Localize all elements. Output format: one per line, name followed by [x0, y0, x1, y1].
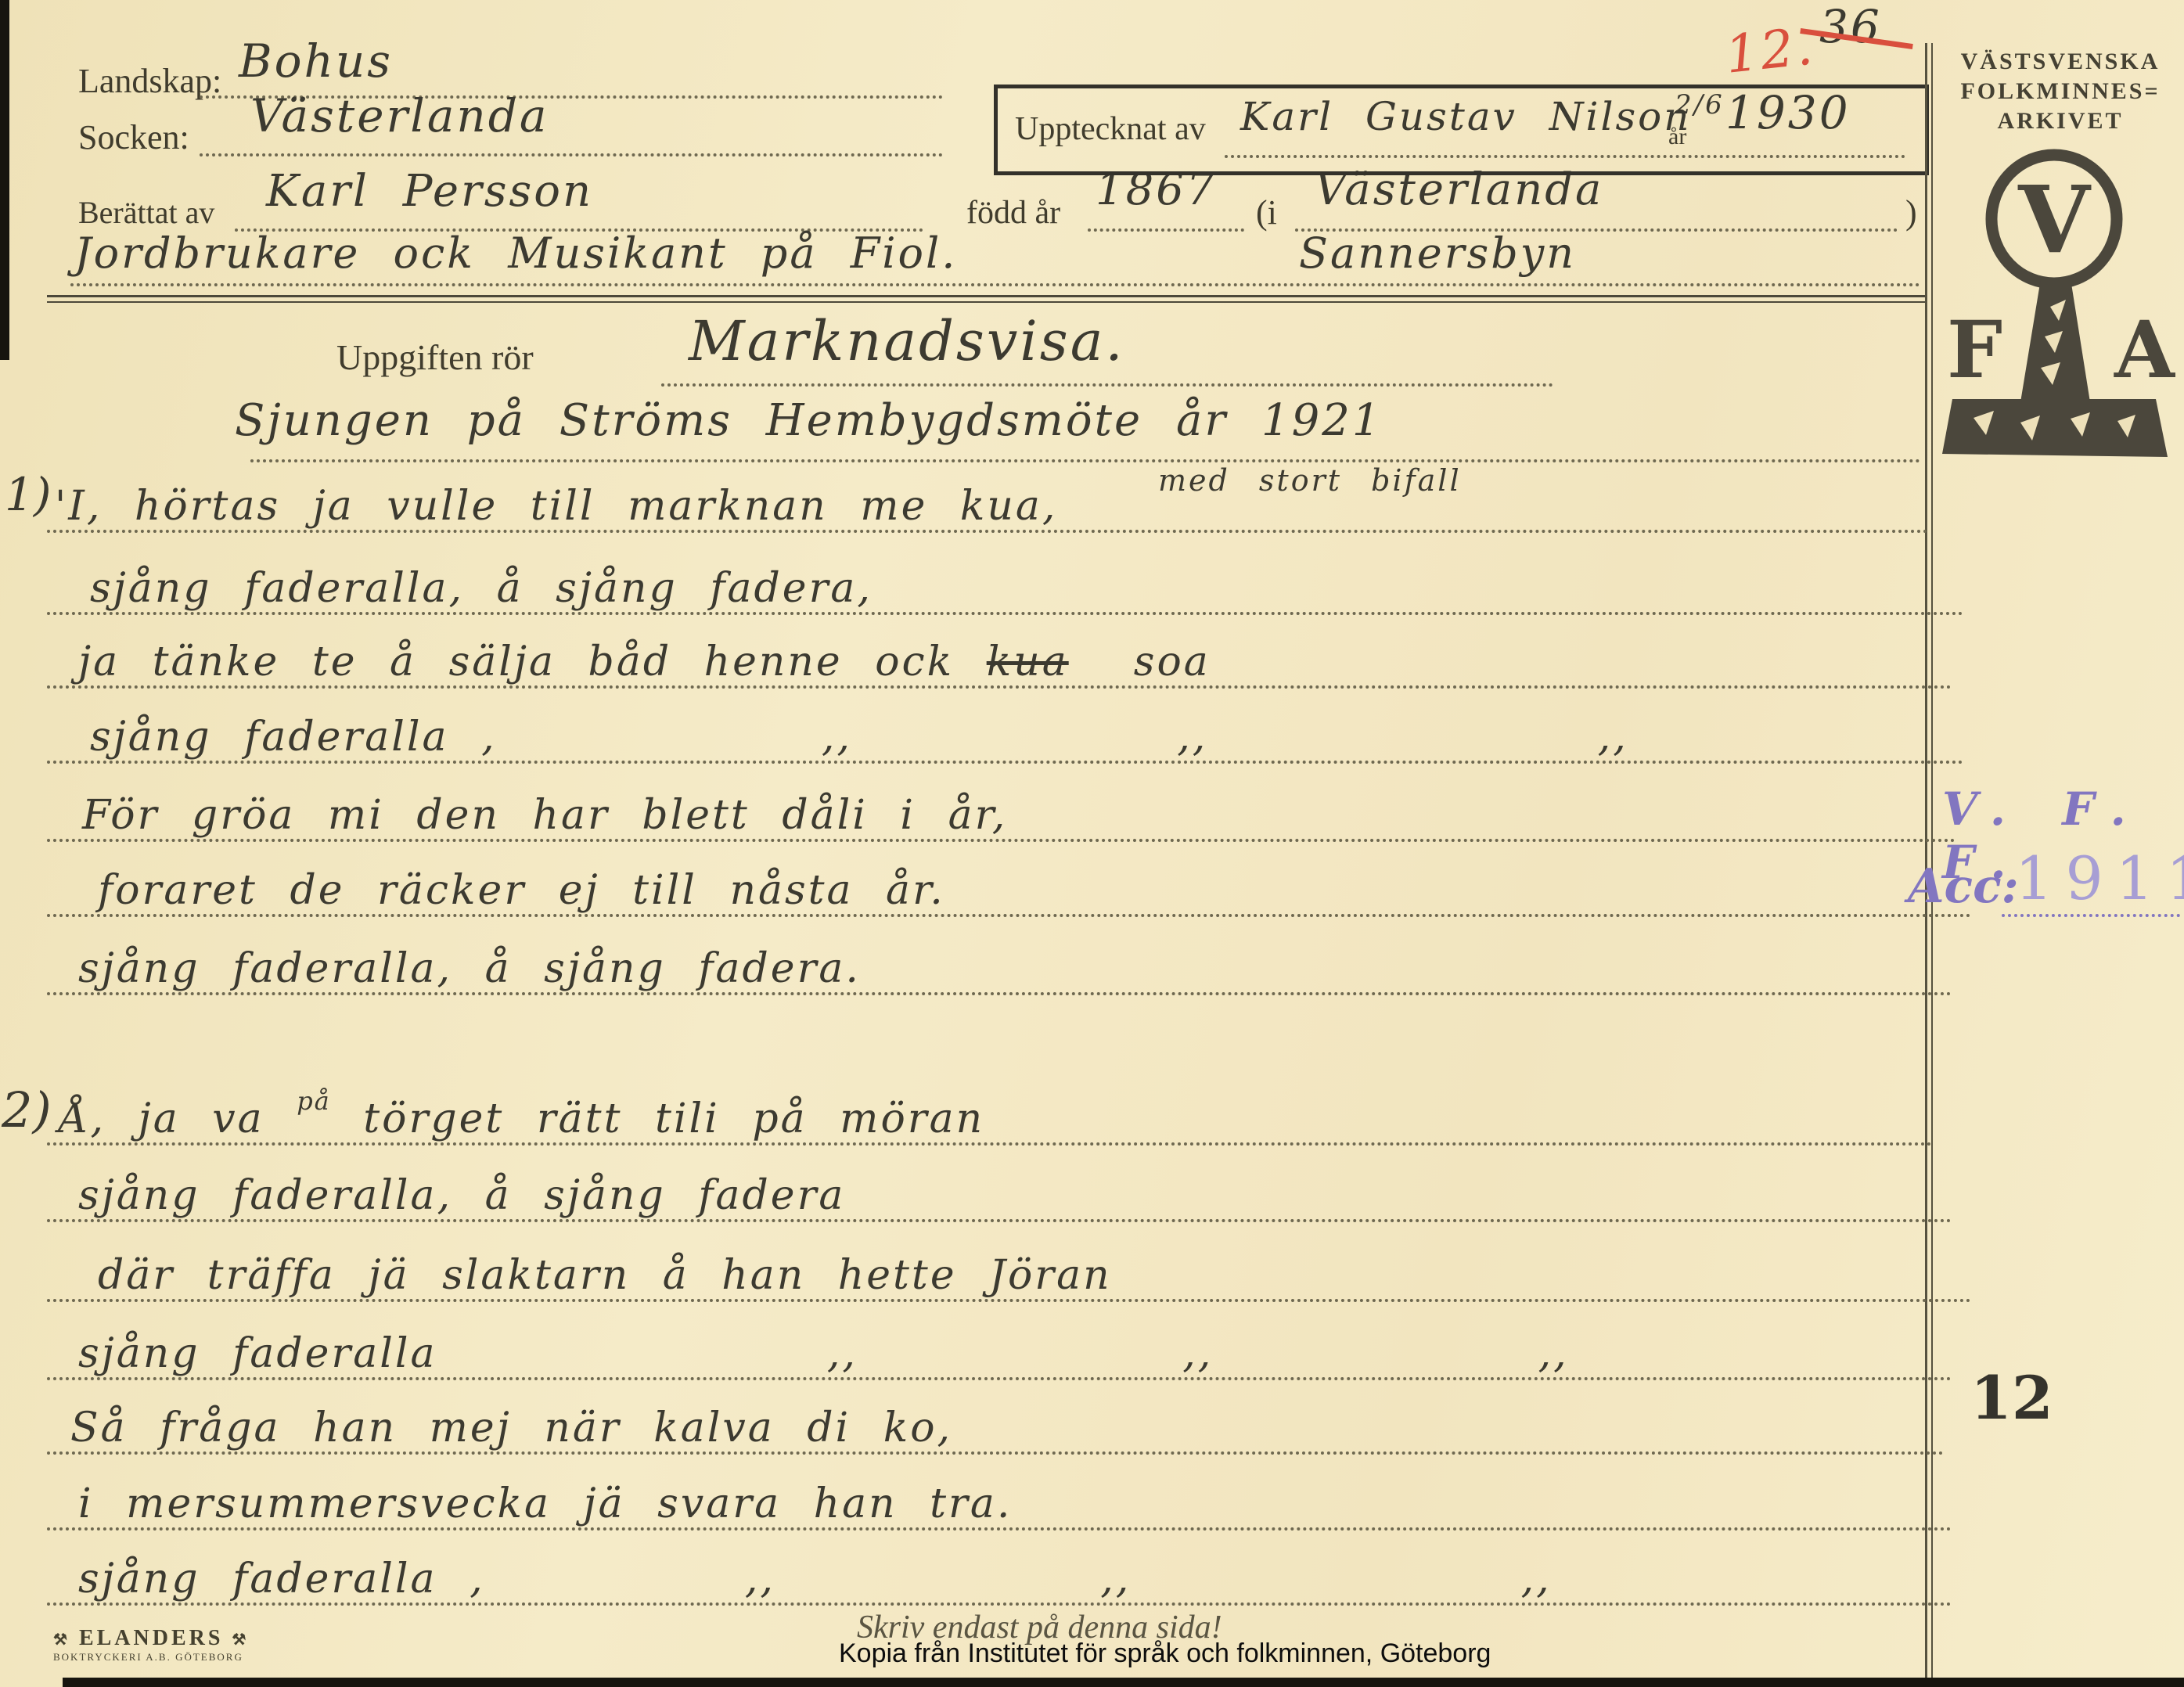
verse-line-text: sjång faderalla , ,, ,, ,, — [78, 1556, 1552, 1602]
verse-line-text: sjång faderalla, å sjång fadera, — [90, 565, 873, 612]
paren-open: (i — [1256, 192, 1277, 232]
upptecknat-dotted-line — [1225, 155, 1905, 158]
berattat-value: Karl Persson — [266, 166, 593, 217]
verse-line-text: där träffa jä slaktarn å han hette Jöran — [98, 1252, 1112, 1299]
verse-line-text: sjång faderalla, å sjång fadera — [78, 1172, 845, 1219]
occupation-value: Jordbrukare ock Musikant på Fiol. — [74, 228, 957, 278]
fodd-dotted-line — [1088, 228, 1244, 232]
verse-line: ja tänke te å sälja båd henne ock kua so… — [47, 623, 1952, 689]
archive-name-line2: FOLKMINNES= — [1939, 78, 2182, 105]
verse-line-text: 'I, hörtas ja vulle till marknan me kua, — [55, 483, 1057, 530]
verse-line: sjång faderalla ,, ,, ,, — [47, 1315, 1952, 1380]
printer-mark-city: BOKTRYCKERI A.B. GÖTEBORG — [53, 1651, 249, 1664]
socken-dotted-line — [200, 153, 943, 156]
verse-line: sjång faderalla, å sjång fadera. — [47, 930, 1952, 995]
inserted-word: på — [297, 1086, 331, 1116]
subject-label: Uppgiften rör — [336, 336, 534, 378]
socken-value: Västerlanda — [250, 89, 549, 142]
fodd-label: född år — [966, 194, 1060, 232]
stamp-acc-number: 1911 — [2015, 843, 2184, 913]
verse-line-text: Så fråga han mej när kalva di ko, — [70, 1405, 952, 1451]
upptecknat-label: Upptecknat av — [1015, 110, 1206, 148]
occasion-line: Sjungen på Ströms Hembygdsmöte år 1921 — [235, 395, 1382, 446]
scan-edge-bottom — [63, 1678, 2184, 1687]
verse-line: sjång faderalla , ,, ,, ,, — [47, 698, 1964, 764]
landskap-value: Bohus — [239, 34, 393, 88]
verse-line-text: Å, ja va — [59, 1095, 297, 1142]
crossed-number: 36 — [1819, 0, 1882, 53]
paren-close: ) — [1905, 192, 1917, 232]
verse-line-text: soa — [1069, 638, 1211, 685]
svg-text:A: A — [2114, 304, 2175, 396]
verse-line: Så fråga han mej när kalva di ko, — [47, 1389, 1945, 1455]
red-archive-number: 12. — [1722, 16, 1817, 85]
printer-mark: ⚒ ELANDERS ⚒ BOKTRYCKERI A.B. GÖTEBORG — [53, 1626, 249, 1664]
occupation-dotted-line — [70, 283, 1921, 286]
occasion-dotted-line — [250, 459, 1921, 462]
verse-line: där träffa jä slaktarn å han hette Jöran — [47, 1236, 1972, 1302]
page-number: 12 — [1970, 1363, 2053, 1433]
verse-line: 'I, hörtas ja vulle till marknan me kua, — [47, 467, 1929, 533]
header-double-rule — [47, 295, 1925, 303]
verse-line-text: sjång faderalla, å sjång fadera. — [78, 945, 861, 992]
verse-line: Å, ja va på törget rätt tili på möran — [47, 1080, 1933, 1146]
berattat-label: Berättat av — [78, 194, 214, 231]
socken-label: Socken: — [78, 117, 189, 157]
verse-line: foraret de räcker ej till nåsta år. — [47, 851, 1972, 917]
svg-text:F: F — [1947, 304, 2002, 396]
archive-name-line1: VÄSTSVENSKA — [1939, 49, 2182, 75]
printer-mark-name: ELANDERS — [79, 1626, 223, 1650]
verse1-number: 1) — [5, 468, 52, 521]
residence-value: Sannersbyn — [1299, 228, 1576, 278]
stamp-dotted-line — [2002, 914, 2180, 917]
verse2-number: 2) — [2, 1081, 52, 1138]
verse-line: i mersummersvecka jä svara han tra. — [47, 1465, 1952, 1531]
scan-edge-left — [0, 0, 9, 360]
printer-ornament-icon: ⚒ — [232, 1631, 249, 1649]
printer-ornament-icon: ⚒ — [53, 1631, 70, 1649]
svg-text:V: V — [2017, 165, 2092, 274]
verse-line-text: sjång faderalla , ,, ,, ,, — [90, 714, 1628, 761]
upptecknat-value: Karl Gustav Nilson — [1240, 94, 1692, 139]
verse-line-text: i mersummersvecka jä svara han tra. — [78, 1480, 1012, 1527]
verse-line: För gröa mi den har blett dåli i år, — [47, 776, 1956, 842]
subject-value: Marknadsvisa. — [689, 309, 1125, 373]
verse-line: sjång faderalla , ,, ,, ,, — [47, 1540, 1952, 1606]
copy-caption: Kopia från Institutet för språk och folk… — [839, 1638, 1491, 1669]
thor-hammer-logo-icon: V F A — [1933, 141, 2175, 463]
subject-dotted-line — [661, 383, 1553, 387]
date-value: 2/6 — [1675, 89, 1725, 120]
verse-line-text: ja tänke te å sälja båd henne ock — [78, 638, 987, 685]
archive-name-line3: ARKIVET — [1939, 108, 2182, 135]
ar-label: år — [1668, 124, 1686, 150]
verse-line: sjång faderalla, å sjång fadera, — [47, 549, 1964, 615]
year-value: 1930 — [1725, 86, 1851, 139]
verse-line: sjång faderalla, å sjång fadera — [47, 1156, 1952, 1222]
archival-record-page: Landskap: Bohus Socken: Västerlanda Berä… — [0, 0, 2184, 1687]
verse-line-text: För gröa mi den har blett dåli i år, — [82, 792, 1007, 839]
verse-line-text: törget rätt tili på möran — [331, 1095, 984, 1142]
verse-line-text: sjång faderalla ,, ,, ,, — [78, 1330, 1569, 1377]
struck-word: kua — [987, 638, 1069, 685]
verse-line-text: foraret de räcker ej till nåsta år. — [98, 867, 945, 914]
